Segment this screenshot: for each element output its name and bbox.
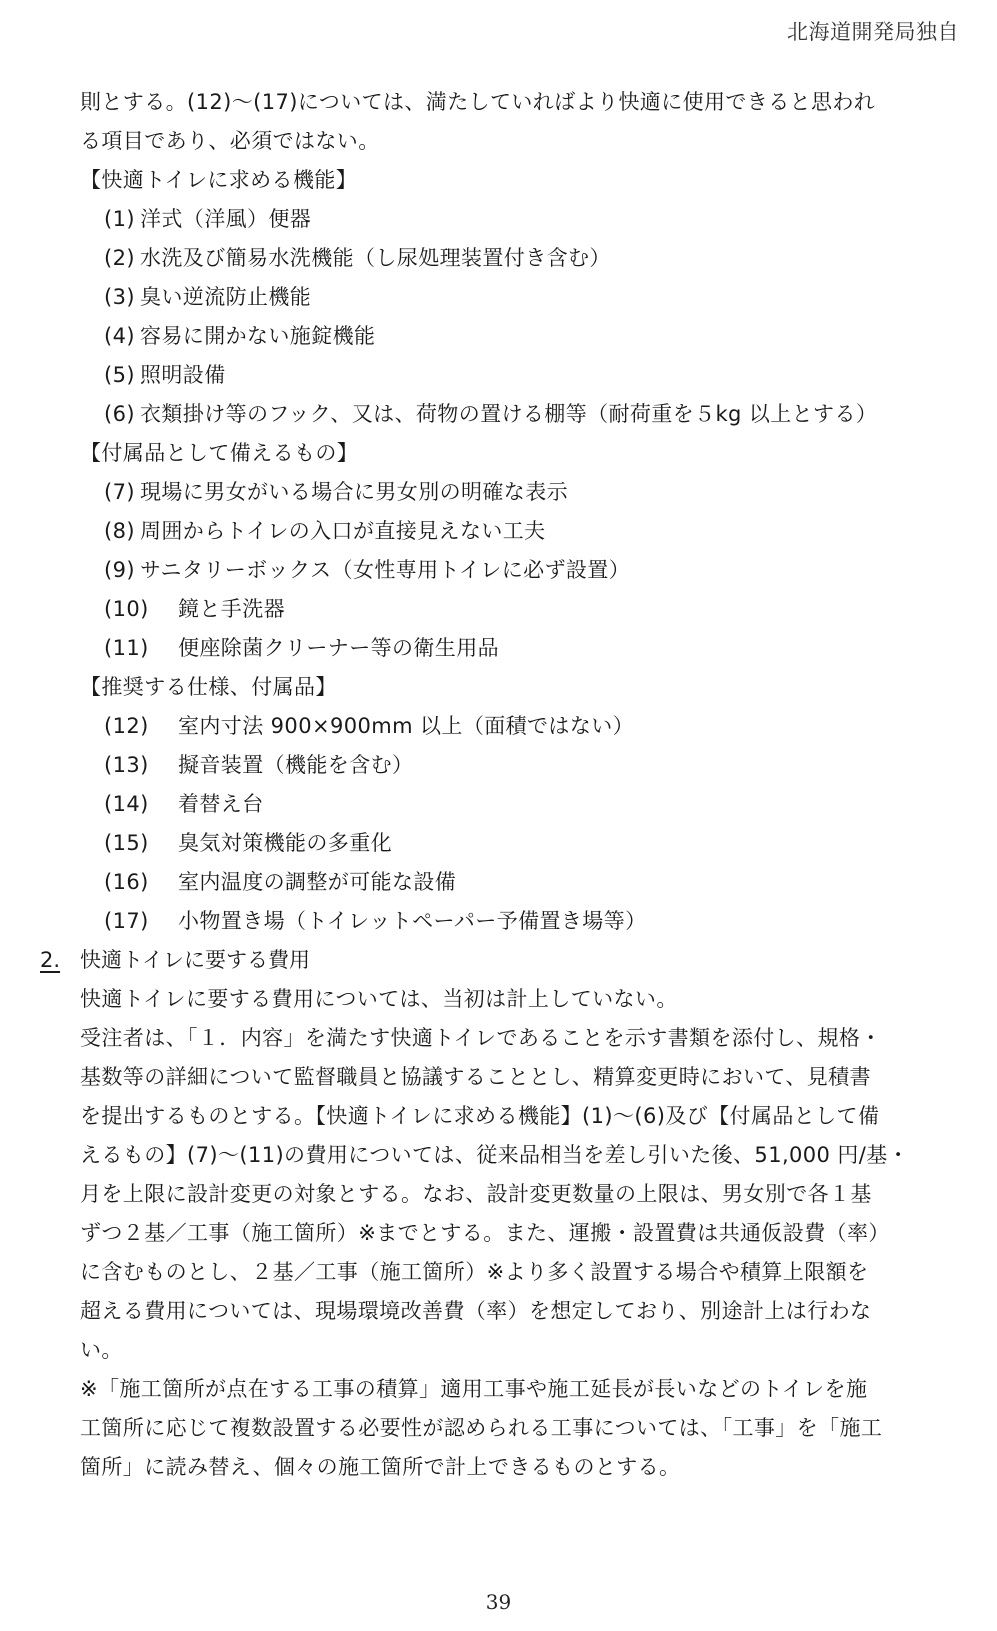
item-number: (12): [104, 712, 178, 740]
item-number: (5): [104, 361, 140, 389]
item-number: (3): [104, 283, 140, 311]
item-number: (4): [104, 322, 140, 350]
item-text: 洋式（洋風）便器: [140, 207, 311, 231]
item-number: (6): [104, 400, 140, 428]
section-2-note-line: 工箇所に応じて複数設置する必要性が認められる工事については、「工事」を「施工: [80, 1414, 882, 1442]
item-number: (9): [104, 556, 140, 584]
item-number: (10): [104, 595, 178, 623]
section-title: 快適トイレに要する費用: [80, 948, 310, 972]
section-2-line: 受注者は、「１．内容」を満たす快適トイレであることを示す書類を添付し、規格・: [80, 1024, 882, 1052]
required-functions-heading: 【快適トイレに求める機能】: [80, 166, 357, 194]
section-2-line: ずつ２基／工事（施工箇所）※までとする。また、運搬・設置費は共通仮設費（率）: [80, 1219, 890, 1247]
section-2-line: 快適トイレに要する費用については、当初は計上していない。: [80, 985, 678, 1013]
item-number: (15): [104, 829, 178, 857]
item-text: 水洗及び簡易水洗機能（し尿処理装置付き含む）: [140, 246, 611, 270]
list-item: (8)周囲からトイレの入口が直接見えない工夫: [104, 517, 546, 545]
section-2-line: 月を上限に設計変更の対象とする。なお、設計変更数量の上限は、男女別で各１基: [80, 1180, 872, 1208]
item-text: 室内寸法 900×900mm 以上（面積ではない）: [178, 714, 634, 738]
organization-mark: 北海道開発局独自: [787, 16, 959, 46]
section-2-note-line: ※「施工箇所が点在する工事の積算」適用工事や施工延長が長いなどのトイレを施: [80, 1375, 867, 1403]
accessories-heading: 【付属品として備えるもの】: [80, 439, 358, 467]
list-item: (4)容易に開かない施錠機能: [104, 322, 375, 350]
item-text: 周囲からトイレの入口が直接見えない工夫: [140, 519, 546, 543]
item-text: 照明設備: [140, 363, 226, 387]
list-item: (12)室内寸法 900×900mm 以上（面積ではない）: [104, 712, 634, 740]
section-2-heading: 2.快適トイレに要する費用: [40, 946, 310, 974]
item-number: (16): [104, 868, 178, 896]
list-item: (16)室内温度の調整が可能な設備: [104, 868, 456, 896]
list-item: (6)衣類掛け等のフック、又は、荷物の置ける棚等（耐荷重を５kg 以上とする）: [104, 400, 877, 428]
item-number: (13): [104, 751, 178, 779]
list-item: (10)鏡と手洗器: [104, 595, 285, 623]
item-text: 臭気対策機能の多重化: [178, 831, 392, 855]
intro-line-1: 則とする。(12)～(17)については、満たしていればより快適に使用できると思わ…: [80, 88, 875, 116]
list-item: (3)臭い逆流防止機能: [104, 283, 311, 311]
section-2-line: い。: [80, 1336, 123, 1364]
list-item: (15)臭気対策機能の多重化: [104, 829, 392, 857]
item-text: 衣類掛け等のフック、又は、荷物の置ける棚等（耐荷重を５kg 以上とする）: [140, 402, 877, 426]
list-item: (1)洋式（洋風）便器: [104, 205, 311, 233]
item-number: (11): [104, 634, 178, 662]
list-item: (17)小物置き場（トイレットペーパー予備置き場等）: [104, 907, 647, 935]
list-item: (11)便座除菌クリーナー等の衛生用品: [104, 634, 499, 662]
item-number: (8): [104, 517, 140, 545]
section-2-line: えるもの】(7)～(11)の費用については、従来品相当を差し引いた後、51,00…: [80, 1141, 909, 1169]
item-text: 小物置き場（トイレットペーパー予備置き場等）: [178, 909, 647, 933]
list-item: (5)照明設備: [104, 361, 226, 389]
section-2-line: 超える費用については、現場環境改善費（率）を想定しており、別途計上は行わな: [80, 1297, 871, 1325]
item-text: 容易に開かない施錠機能: [140, 324, 375, 348]
item-number: (17): [104, 907, 178, 935]
section-2-line: を提出するものとする。【快適トイレに求める機能】(1)～(6)及び【付属品として…: [80, 1102, 879, 1130]
section-2-note-line: 箇所」に読み替え、個々の施工箇所で計上できるものとする。: [80, 1453, 680, 1481]
page-number: 39: [0, 1590, 997, 1614]
list-item: (9)サニタリーボックス（女性専用トイレに必ず設置）: [104, 556, 630, 584]
recommended-heading: 【推奨する仕様、付属品】: [80, 673, 337, 701]
item-text: 便座除菌クリーナー等の衛生用品: [178, 636, 499, 660]
item-number: (1): [104, 205, 140, 233]
list-item: (14)着替え台: [104, 790, 264, 818]
section-2-line: 基数等の詳細について監督職員と協議することとし、精算変更時において、見積書: [80, 1063, 871, 1091]
list-item: (7)現場に男女がいる場合に男女別の明確な表示: [104, 478, 568, 506]
section-2-line: に含むものとし、２基／工事（施工箇所）※より多く設置する場合や積算上限額を: [80, 1258, 868, 1286]
section-number: 2.: [40, 946, 80, 974]
item-number: (7): [104, 478, 140, 506]
item-text: 鏡と手洗器: [178, 597, 285, 621]
list-item: (2)水洗及び簡易水洗機能（し尿処理装置付き含む）: [104, 244, 611, 272]
item-text: 現場に男女がいる場合に男女別の明確な表示: [140, 480, 568, 504]
item-text: 臭い逆流防止機能: [140, 285, 311, 309]
intro-line-2: る項目であり、必須ではない。: [80, 127, 380, 155]
item-number: (2): [104, 244, 140, 272]
item-text: 着替え台: [178, 792, 264, 816]
list-item: (13)擬音装置（機能を含む）: [104, 751, 413, 779]
item-text: 室内温度の調整が可能な設備: [178, 870, 456, 894]
item-text: サニタリーボックス（女性専用トイレに必ず設置）: [140, 558, 630, 582]
item-text: 擬音装置（機能を含む）: [178, 753, 413, 777]
item-number: (14): [104, 790, 178, 818]
